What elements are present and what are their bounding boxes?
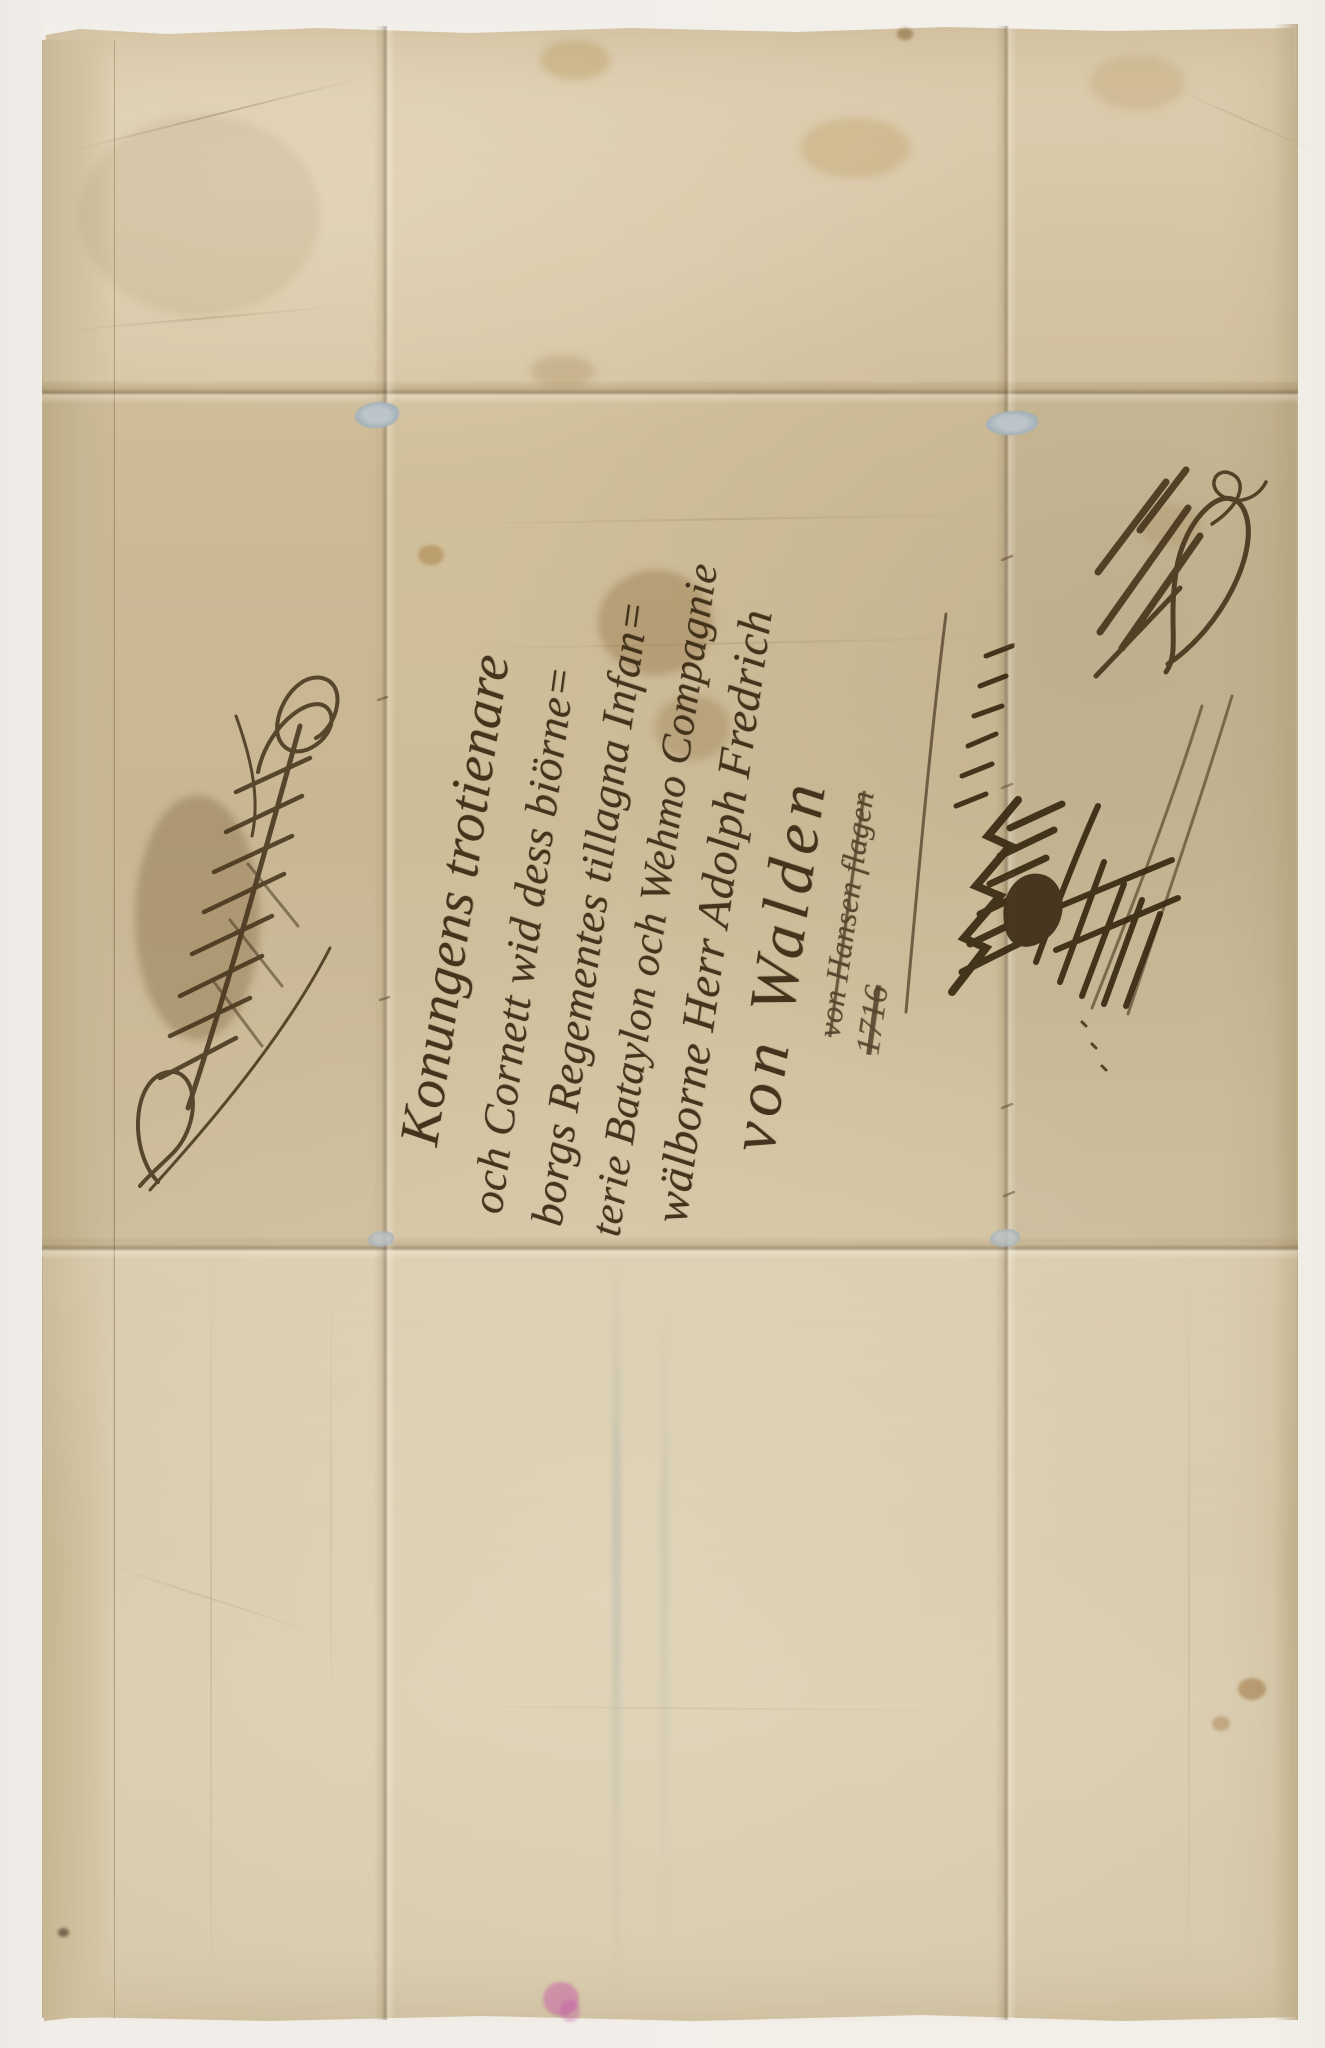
photograph-of-letter: Konungens trotienare och Cornett wid des…	[0, 0, 1325, 2048]
dense-obliterating-scribble	[952, 646, 1178, 1006]
left-obliterated-scribble	[138, 678, 338, 1190]
single-strike-stroke	[906, 614, 946, 1012]
ink-scribbles-layer	[0, 0, 1325, 2048]
